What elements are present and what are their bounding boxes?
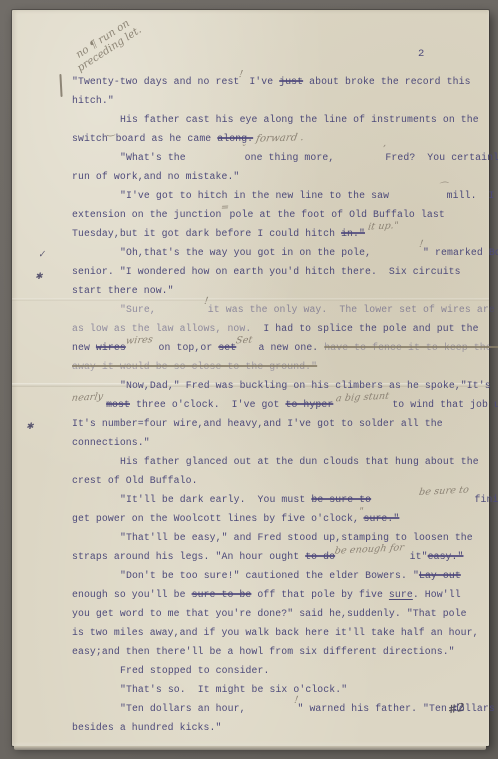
struck-typed-segment: to do [305, 551, 335, 562]
struck-typed-segment: Lay out [419, 570, 461, 581]
manuscript-page: 2 no ¶ run on preceding let. ✓ ✱ ✱ #2 "T… [12, 10, 489, 746]
handwritten-insert: Set [235, 331, 254, 351]
typed-segment: get power on the Woolcott lines by five … [72, 513, 359, 524]
typed-segment: enough so you'll be [72, 589, 192, 600]
manuscript-text: "Twenty-two days and no rest! I've just … [72, 72, 474, 737]
handwritten-insert: ⌒ [387, 178, 448, 200]
typed-segment: senior. "I wondered how on earth you'd h… [72, 266, 461, 277]
typed-segment: a new one. [253, 342, 325, 353]
struck-typed-segment: wires [96, 342, 126, 353]
margin-asterisk-1: ✱ [35, 272, 43, 282]
typed-segment: finish up so I can [469, 494, 498, 505]
typed-line: senior. "I wondered how on earth you'd h… [72, 262, 474, 281]
struck-typed-segment: sure." [363, 513, 399, 524]
typed-segment: straps around his legs. "An hour ought [72, 551, 305, 562]
typed-segment: Fred stopped to consider. [120, 665, 269, 676]
typed-line: nearly most three o'clock. I've got to h… [72, 395, 474, 414]
typed-segment: besides a hundred kicks." [72, 722, 221, 733]
typed-line: "I've got to hitch in the new line to th… [72, 186, 474, 205]
typed-line: "Oh,that's the way you got in on the pol… [72, 243, 474, 262]
typed-segment: off that pole by five [251, 589, 389, 600]
struck-typed-segment: set [218, 342, 236, 353]
typed-segment: . How'll [413, 589, 461, 600]
typed-line: connections." [72, 433, 474, 452]
handwritten-insert: be enough for [333, 538, 405, 561]
typed-segment: pole at the foot of Old Buffalo last [230, 209, 445, 220]
faded-struck-segment: have to fence it to keep the cow [324, 342, 498, 353]
typed-line: His father glanced out at the dun clouds… [72, 452, 474, 471]
handwritten-insert: ! [244, 691, 299, 713]
handwritten-insert: be sure to [369, 480, 470, 504]
typed-line: "What's the ˘one thing more,’Fred? You c… [72, 148, 474, 167]
top-margin-note-line1: no ¶ run on [49, 1, 156, 76]
typed-segment: extension on the junction [72, 209, 221, 220]
typed-segment: is two miles away,and if you walk back h… [72, 627, 479, 638]
typed-line: "That'll be easy," and Fred stood up,sta… [72, 528, 474, 547]
typed-segment: "Don't be too sure!" cautioned the elder… [120, 570, 419, 581]
typed-segment: " warned his father. "Ten dollars revenu… [297, 703, 498, 714]
typed-segment: It's number=four wire,and heavy,and I've… [72, 418, 443, 429]
struck-typed-segment: to hyper [285, 399, 333, 410]
typed-segment: on top,or [153, 342, 219, 353]
typed-line: get power on the Woolcott lines by five … [72, 509, 474, 528]
typed-line: away it would be so close to the ground.… [72, 357, 474, 376]
handwritten-insert: ! [369, 235, 424, 257]
typed-segment: new [72, 342, 96, 353]
typed-line: you get word to me that you're done?" sa… [72, 604, 474, 623]
page-number: 2 [418, 48, 424, 60]
typed-line: hitch." [72, 91, 474, 110]
photo-background: 2 no ¶ run on preceding let. ✓ ✱ ✱ #2 "T… [0, 0, 498, 759]
struck-typed-segment: sure to be [192, 589, 252, 600]
typed-line: "Sure,!it was the only way. The lower se… [72, 300, 474, 319]
typed-line: extension on the junction=pole at the fo… [72, 205, 474, 224]
typed-line: "It'll be dark early. You must be sure t… [72, 490, 474, 509]
typed-segment: about broke the record this [303, 76, 470, 87]
typed-segment: I've [243, 76, 279, 87]
faded-struck-segment: away it would be so close to the ground.… [72, 361, 317, 372]
typed-segment: "That'll be easy," and Fred stood up,sta… [120, 532, 473, 543]
handwritten-insert: it up." [363, 216, 400, 237]
typed-segment: His father glanced out at the dun clouds… [120, 456, 479, 467]
underlined-typed-segment: sure [389, 589, 413, 600]
handwritten-insert: wires [124, 330, 154, 350]
faded-typed-segment: it was the only way. The lower set of wi… [208, 304, 498, 315]
struck-typed-segment: most [106, 399, 130, 410]
faded-typed-segment: "Sure, [120, 304, 156, 315]
handwritten-inline: forward . [251, 128, 305, 149]
typed-segment: mill. I put an [447, 190, 498, 201]
struck-typed-segment: just [279, 76, 303, 87]
typed-segment: one thing more, [245, 152, 335, 163]
typed-segment: you get word to me that you're done?" sa… [72, 608, 467, 619]
typed-segment: Tuesday,but it got dark before I could h… [72, 228, 341, 239]
typed-line: besides a hundred kicks." [72, 718, 474, 737]
struck-typed-segment: easy." [428, 551, 464, 562]
margin-check-mark: ✓ [37, 250, 46, 261]
typed-line: start there now." [72, 281, 474, 300]
typed-segment: three o'clock. I've got [130, 399, 285, 410]
typed-segment: "That's so. It might be six o'clock." [120, 684, 347, 695]
handwritten-insert: ! [154, 292, 209, 314]
typed-segment: "Twenty-two days and no rest [72, 76, 239, 87]
typed-line: "Twenty-two days and no rest! I've just … [72, 72, 474, 91]
typed-line: switch‿board as he came along. forward . [72, 129, 474, 148]
typed-segment: "What's the [120, 152, 192, 163]
typed-segment: "Now,Dad," Fred was buckling on his clim… [120, 380, 491, 391]
typed-segment: it" [404, 551, 428, 562]
typed-segment: Fred? You certainly have had a [385, 152, 498, 163]
paragraph-mark [59, 74, 62, 97]
typed-line: is two miles away,and if you walk back h… [72, 623, 474, 642]
typed-line: new wireswires on top,or setSet a new on… [72, 338, 474, 357]
handwritten-insert: ’ [333, 140, 388, 162]
typed-line: "Now,Dad," Fred was buckling on his clim… [72, 376, 474, 395]
typed-line: "Don't be too sure!" cautioned the elder… [72, 566, 474, 585]
typed-segment: switch [72, 133, 108, 144]
margin-asterisk-2: ✱ [26, 422, 34, 432]
typed-line: enough so you'll be sure to be off that … [72, 585, 474, 604]
typed-segment: "Oh,that's the way you got in on the pol… [120, 247, 371, 258]
typed-segment: run of work,and no mistake." [72, 171, 239, 182]
typed-line: It's number=four wire,and heavy,and I've… [72, 414, 474, 433]
typed-line: His father cast his eye along the line o… [72, 110, 474, 129]
typed-segment: "Ten dollars an hour, [120, 703, 246, 714]
typed-line: "Ten dollars an hour,!" warned his fathe… [72, 699, 474, 718]
typed-segment: crest of Old Buffalo. [72, 475, 198, 486]
faded-typed-segment: as low as the law allows, now. [72, 323, 251, 334]
typed-line: Fred stopped to consider. [72, 661, 474, 680]
typed-segment: to wind that job up by dark . [392, 399, 498, 410]
handwritten-insert: a big stunt [332, 386, 395, 408]
typed-segment: I had to splice the pole and put the [251, 323, 478, 334]
typed-segment: hitch." [72, 95, 114, 106]
typed-line: easy;and then there'll be a howl from si… [72, 642, 474, 661]
handwritten-insert: nearly [70, 387, 107, 408]
typed-segment: His father cast his eye along the line o… [120, 114, 479, 125]
typed-line: straps around his legs. "An hour ought t… [72, 547, 474, 566]
typed-segment: "It'll be dark early. You must [120, 494, 311, 505]
sheet-bottom-edge [14, 746, 486, 750]
typed-segment: easy;and then there'll be a howl from si… [72, 646, 455, 657]
struck-typed-segment: in." [341, 228, 365, 239]
typed-segment: " remarked Bowers, [423, 247, 498, 258]
handwritten-insert: ˘ [190, 140, 246, 162]
typed-segment: "I've got to hitch in the new line to th… [120, 190, 389, 201]
typed-segment: connections." [72, 437, 150, 448]
